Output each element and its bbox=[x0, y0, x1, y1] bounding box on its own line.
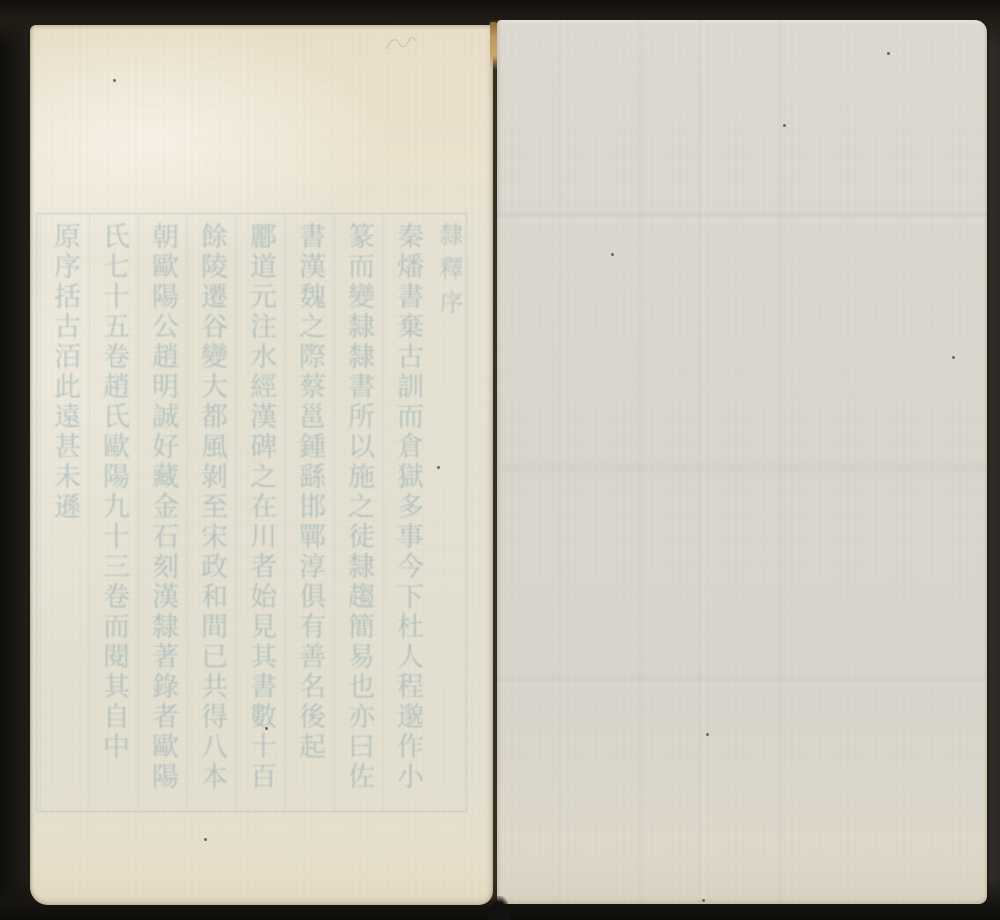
text-column-5: 餘陵遷谷變大都風剝至宋政和間已共得八本 bbox=[187, 214, 236, 811]
right-paper-texture bbox=[497, 20, 987, 904]
dust-speck bbox=[437, 466, 440, 469]
text-column-6: 朝歐陽公趙明誠好藏金石刻漢隸著錄者歐陽 bbox=[138, 214, 187, 811]
dust-speck bbox=[887, 52, 890, 55]
text-column-8: 原序括古洦此遠甚未遜 bbox=[40, 214, 89, 811]
dust-speck bbox=[265, 727, 268, 730]
pencil-smudge bbox=[382, 31, 418, 57]
text-column-4: 酈道元注水經漢碑之在川者始見其書數十百 bbox=[236, 214, 285, 811]
dust-speck bbox=[204, 838, 207, 841]
right-page bbox=[497, 20, 987, 904]
text-column-title: 隸釋序 bbox=[432, 214, 466, 811]
text-column-2: 篆而變隸隸書所以施之徒隸趨簡易也亦曰佐 bbox=[334, 214, 383, 811]
text-column-3: 書漢魏之際蔡邕鍾繇邯鄲淳俱有善名後起 bbox=[285, 214, 334, 811]
dust-speck bbox=[952, 356, 955, 359]
left-page: 隸釋序 秦燔書棄古訓而倉獄多事今下杜人程邈作小篆而變隸隸書所以施之徒隸趨簡易也亦… bbox=[30, 25, 493, 905]
dust-speck bbox=[783, 124, 786, 127]
dust-speck bbox=[113, 79, 116, 82]
gutter-bottom-notch bbox=[486, 896, 512, 920]
dust-speck bbox=[706, 733, 709, 736]
text-column-1: 秦燔書棄古訓而倉獄多事今下杜人程邈作小 bbox=[383, 214, 432, 811]
dust-speck bbox=[702, 899, 705, 902]
dust-speck bbox=[611, 253, 614, 256]
text-column-7: 氏七十五卷趙氏歐陽九十三卷而閱其自中 bbox=[89, 214, 138, 811]
leaf-edge bbox=[490, 22, 497, 70]
show-through-text-block: 隸釋序 秦燔書棄古訓而倉獄多事今下杜人程邈作小篆而變隸隸書所以施之徒隸趨簡易也亦… bbox=[36, 213, 467, 812]
gutter-shadow bbox=[486, 20, 502, 906]
right-page-creases bbox=[497, 20, 987, 904]
